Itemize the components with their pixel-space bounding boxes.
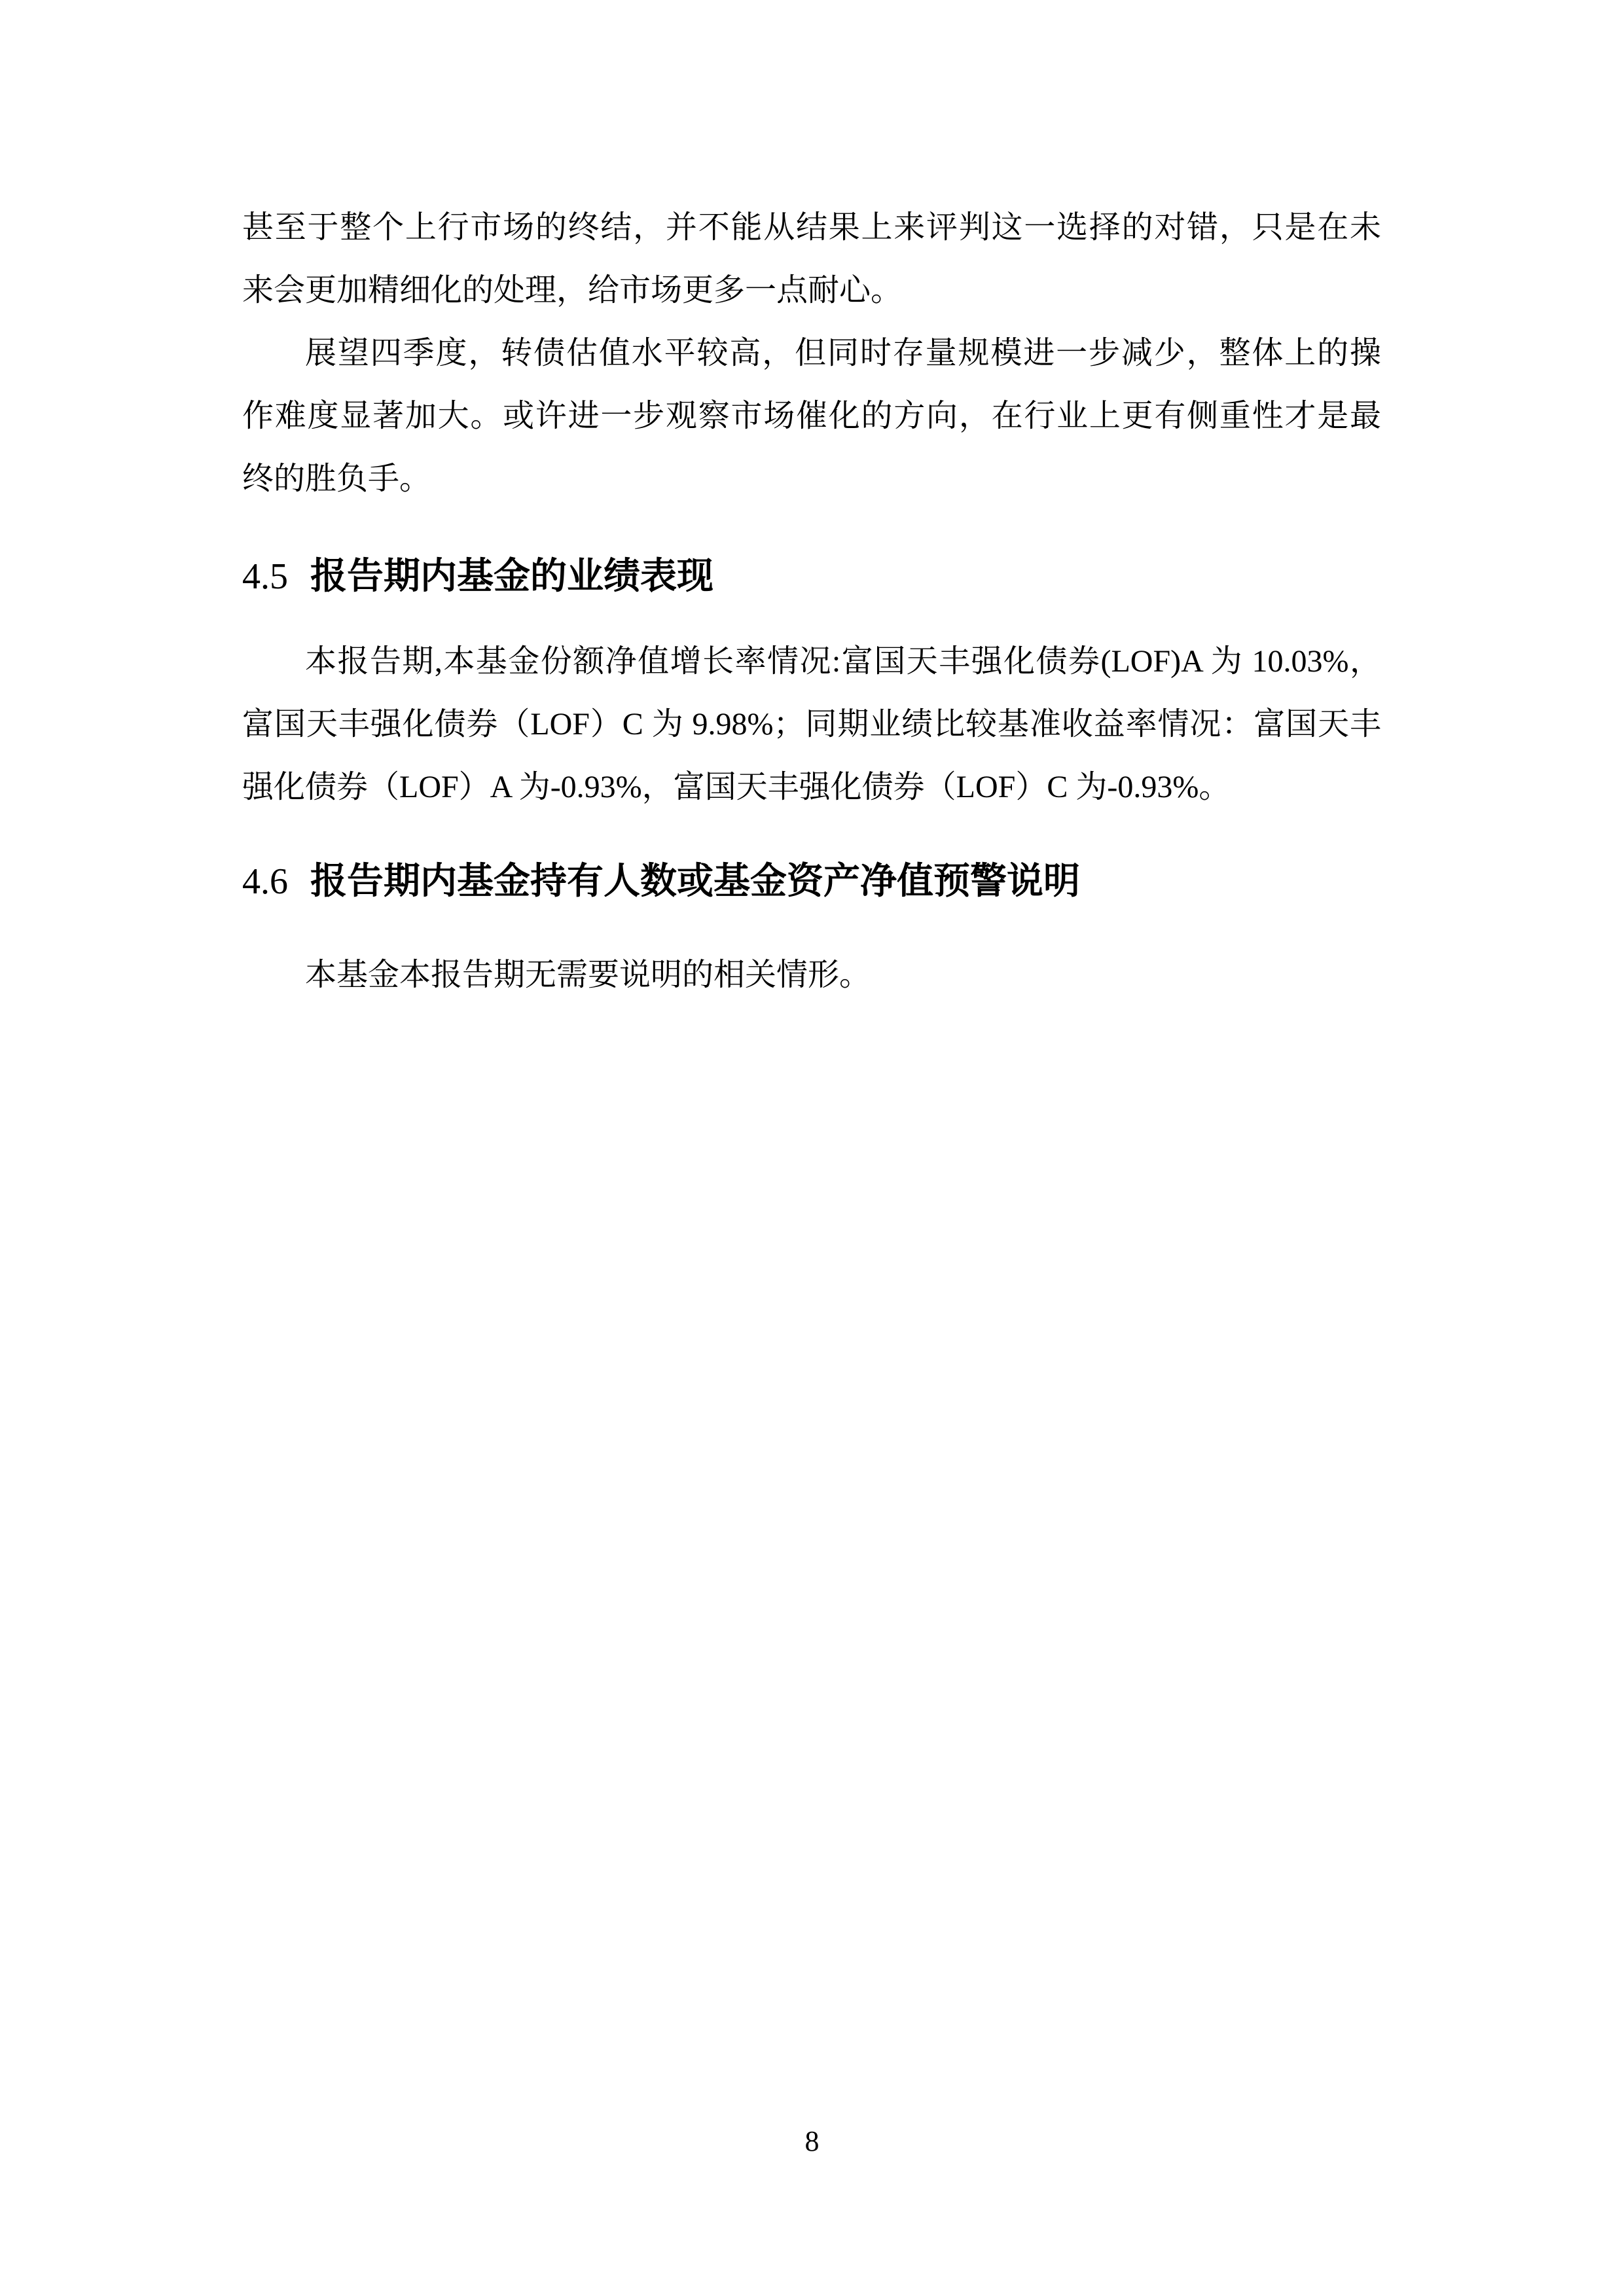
document-page: 甚至于整个上行市场的终结，并不能从结果上来评判这一选择的对错，只是在未 来会更加… [0,0,1624,2296]
body-text-line: 终的胜负手。 [242,448,1381,511]
page-number: 8 [0,2126,1624,2157]
body-text-line: 甚至于整个上行市场的终结，并不能从结果上来评判这一选择的对错，只是在未 [242,196,1381,259]
body-text-line: 本基金本报告期无需要说明的相关情形。 [242,944,1381,1007]
section-heading-4-6: 4.6报告期内基金持有人数或基金资产净值预警说明 [242,855,1381,908]
body-text-line: 富国天丰强化债券（LOF）C 为 9.98%；同期业绩比较基准收益率情况：富国天… [242,693,1381,756]
body-text-line: 来会更加精细化的处理，给市场更多一点耐心。 [242,259,1381,322]
body-text-line: 强化债券（LOF）A 为-0.93%，富国天丰强化债券（LOF）C 为-0.93… [242,756,1381,819]
body-text-line: 本报告期,本基金份额净值增长率情况:富国天丰强化债券(LOF)A 为 10.03… [242,630,1381,693]
section-heading-4-5: 4.5报告期内基金的业绩表现 [242,550,1381,603]
section-title: 报告期内基金的业绩表现 [310,555,713,596]
section-number: 4.6 [242,861,288,902]
body-text-line: 作难度显著加大。或许进一步观察市场催化的方向，在行业上更有侧重性才是最 [242,385,1381,448]
section-title: 报告期内基金持有人数或基金资产净值预警说明 [310,860,1080,901]
page-content: 甚至于整个上行市场的终结，并不能从结果上来评判这一选择的对错，只是在未 来会更加… [242,196,1381,1007]
section-number: 4.5 [242,556,288,597]
body-text-line: 展望四季度，转债估值水平较高，但同时存量规模进一步减少，整体上的操 [242,322,1381,385]
